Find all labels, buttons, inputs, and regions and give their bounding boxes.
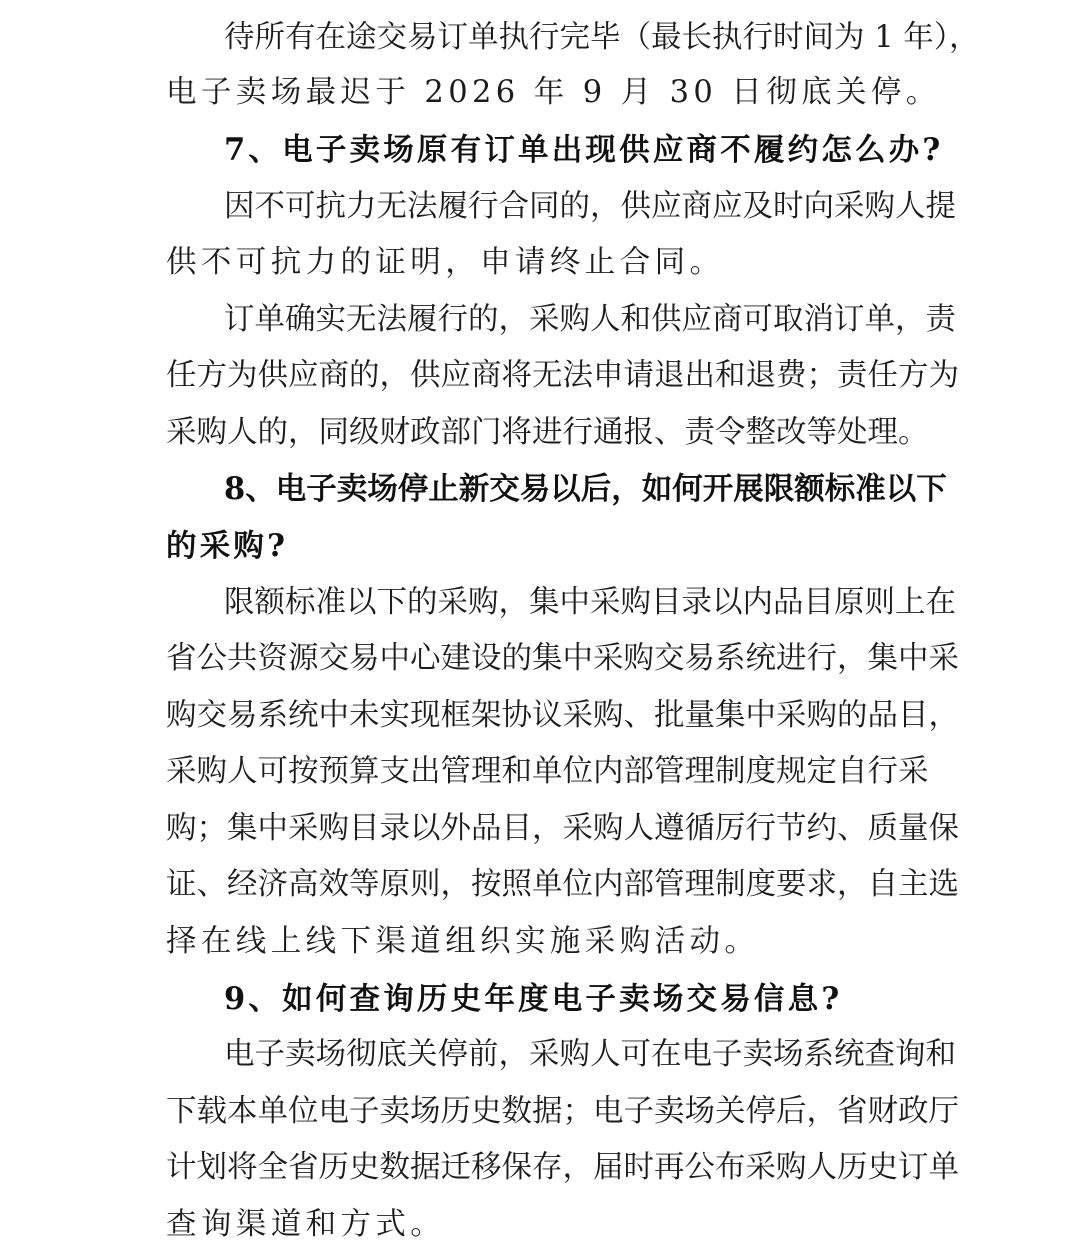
text-line: 择在线上线下渠道组织实施采购活动。: [166, 922, 918, 962]
text-line: 待所有在途交易订单执行完毕（最长执行时间为 1 年），: [224, 18, 918, 58]
text-line: 因不可抗力无法履行合同的，供应商应及时向采购人提: [224, 187, 918, 227]
section-heading-7: 7、电子卖场原有订单出现供应商不履约怎么办?: [224, 130, 918, 170]
text-line: 省公共资源交易中心建设的集中采购交易系统进行，集中采: [166, 639, 918, 679]
text-line: 计划将全省历史数据迁移保存，届时再公布采购人历史订单: [166, 1148, 918, 1188]
text-line: 采购人的，同级财政部门将进行通报、责令整改等处理。: [166, 413, 918, 453]
heading-line: 8、电子卖场停止新交易以后，如何开展限额标准以下: [224, 469, 918, 509]
text-line: 电子卖场最迟于 2026 年 9 月 30 日彻底关停。: [166, 73, 918, 113]
document-page: 待所有在途交易订单执行完毕（最长执行时间为 1 年）， 电子卖场最迟于 2026…: [0, 0, 1080, 1256]
text-line: 购交易系统中未实现框架协议采购、批量集中采购的品目，: [166, 696, 918, 736]
heading-line: 的采购?: [166, 526, 918, 566]
text-line: 订单确实无法履行的，采购人和供应商可取消订单，责: [224, 300, 918, 340]
text-line: 查询渠道和方式。: [166, 1205, 918, 1245]
text-line: 供不可抗力的证明，申请终止合同。: [166, 243, 918, 283]
text-line: 证、经济高效等原则，按照单位内部管理制度要求，自主选: [166, 865, 918, 905]
text-line: 任方为供应商的，供应商将无法申请退出和退费；责任方为: [166, 356, 918, 396]
text-line: 电子卖场彻底关停前，采购人可在电子卖场系统查询和: [224, 1035, 918, 1075]
text-line: 限额标准以下的采购，集中采购目录以内品目原则上在: [224, 583, 918, 623]
text-line: 采购人可按预算支出管理和单位内部管理制度规定自行采: [166, 752, 918, 792]
section-heading-9: 9、如何查询历史年度电子卖场交易信息?: [224, 979, 918, 1019]
text-line: 购；集中采购目录以外品目，采购人遵循厉行节约、质量保: [166, 809, 918, 849]
text-line: 下载本单位电子卖场历史数据；电子卖场关停后，省财政厅: [166, 1092, 918, 1132]
